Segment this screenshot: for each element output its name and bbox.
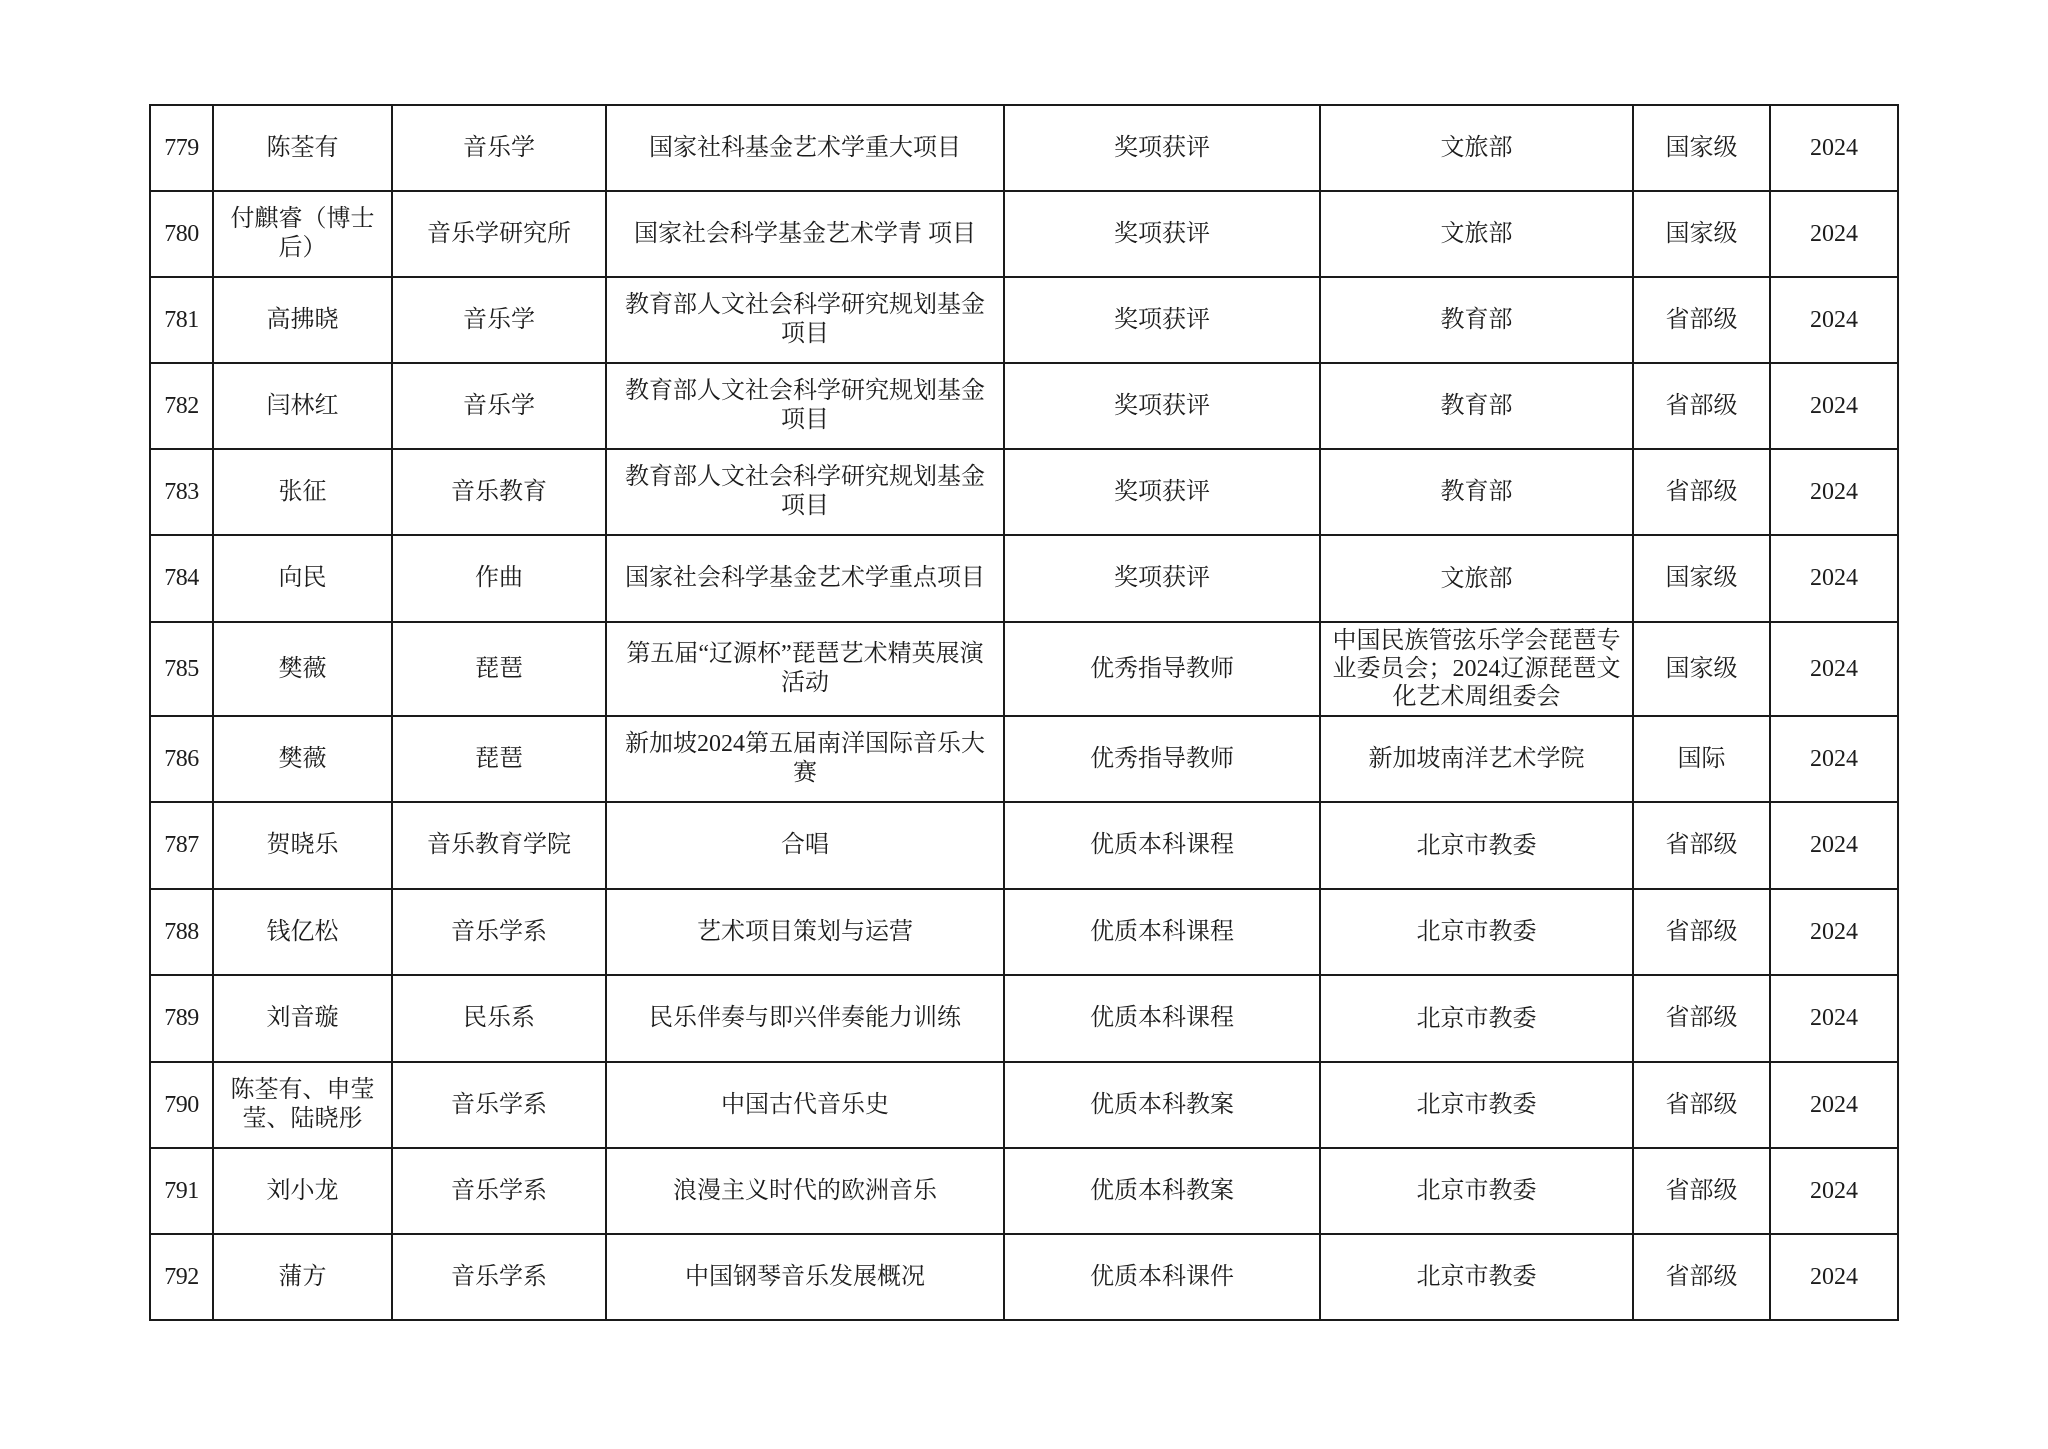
cell-name: 向民 bbox=[213, 535, 392, 622]
cell-name: 张征 bbox=[213, 449, 392, 535]
awards-table: 779 陈荃有 音乐学 国家社科基金艺术学重大项目 奖项获评 文旅部 国家级 2… bbox=[149, 104, 1899, 1321]
table-row: 791 刘小龙 音乐学系 浪漫主义时代的欧洲音乐 优质本科教案 北京市教委 省部… bbox=[150, 1148, 1898, 1234]
cell-name: 蒲方 bbox=[213, 1234, 392, 1320]
cell-level: 国际 bbox=[1633, 716, 1770, 802]
cell-level: 国家级 bbox=[1633, 535, 1770, 622]
cell-level: 省部级 bbox=[1633, 449, 1770, 535]
cell-project: 教育部人文社会科学研究规划基金项目 bbox=[606, 277, 1004, 363]
cell-name: 贺晓乐 bbox=[213, 802, 392, 889]
cell-name: 樊薇 bbox=[213, 716, 392, 802]
cell-year: 2024 bbox=[1770, 716, 1898, 802]
cell-department: 音乐学 bbox=[392, 105, 606, 191]
cell-number: 784 bbox=[150, 535, 213, 622]
cell-issuer: 北京市教委 bbox=[1320, 889, 1633, 975]
cell-number: 788 bbox=[150, 889, 213, 975]
cell-number: 787 bbox=[150, 802, 213, 889]
cell-department: 音乐教育学院 bbox=[392, 802, 606, 889]
cell-number: 781 bbox=[150, 277, 213, 363]
table-row: 783 张征 音乐教育 教育部人文社会科学研究规划基金项目 奖项获评 教育部 省… bbox=[150, 449, 1898, 535]
cell-issuer: 文旅部 bbox=[1320, 535, 1633, 622]
cell-issuer: 中国民族管弦乐学会琵琶专业委员会；2024辽源琵琶文化艺术周组委会 bbox=[1320, 622, 1633, 716]
cell-level: 国家级 bbox=[1633, 622, 1770, 716]
cell-category: 奖项获评 bbox=[1004, 363, 1320, 449]
cell-department: 民乐系 bbox=[392, 975, 606, 1062]
cell-number: 780 bbox=[150, 191, 213, 277]
cell-category: 优质本科课件 bbox=[1004, 1234, 1320, 1320]
cell-category: 优质本科教案 bbox=[1004, 1062, 1320, 1148]
table-row: 780 付麒睿（博士后） 音乐学研究所 国家社会科学基金艺术学青 项目 奖项获评… bbox=[150, 191, 1898, 277]
cell-issuer: 北京市教委 bbox=[1320, 975, 1633, 1062]
cell-name: 高拂晓 bbox=[213, 277, 392, 363]
table-row: 790 陈荃有、申莹莹、陆晓彤 音乐学系 中国古代音乐史 优质本科教案 北京市教… bbox=[150, 1062, 1898, 1148]
table-row: 781 高拂晓 音乐学 教育部人文社会科学研究规划基金项目 奖项获评 教育部 省… bbox=[150, 277, 1898, 363]
cell-year: 2024 bbox=[1770, 449, 1898, 535]
cell-number: 785 bbox=[150, 622, 213, 716]
cell-year: 2024 bbox=[1770, 535, 1898, 622]
cell-project: 浪漫主义时代的欧洲音乐 bbox=[606, 1148, 1004, 1234]
table-row: 782 闫林红 音乐学 教育部人文社会科学研究规划基金项目 奖项获评 教育部 省… bbox=[150, 363, 1898, 449]
cell-name: 刘小龙 bbox=[213, 1148, 392, 1234]
cell-department: 琵琶 bbox=[392, 716, 606, 802]
cell-level: 省部级 bbox=[1633, 1148, 1770, 1234]
cell-year: 2024 bbox=[1770, 889, 1898, 975]
cell-issuer: 文旅部 bbox=[1320, 191, 1633, 277]
table-row: 784 向民 作曲 国家社会科学基金艺术学重点项目 奖项获评 文旅部 国家级 2… bbox=[150, 535, 1898, 622]
table-row: 789 刘音璇 民乐系 民乐伴奏与即兴伴奏能力训练 优质本科课程 北京市教委 省… bbox=[150, 975, 1898, 1062]
cell-issuer: 教育部 bbox=[1320, 449, 1633, 535]
cell-issuer: 教育部 bbox=[1320, 363, 1633, 449]
cell-department: 音乐教育 bbox=[392, 449, 606, 535]
cell-year: 2024 bbox=[1770, 1234, 1898, 1320]
cell-level: 省部级 bbox=[1633, 975, 1770, 1062]
cell-name: 付麒睿（博士后） bbox=[213, 191, 392, 277]
cell-number: 783 bbox=[150, 449, 213, 535]
cell-project: 民乐伴奏与即兴伴奏能力训练 bbox=[606, 975, 1004, 1062]
cell-year: 2024 bbox=[1770, 277, 1898, 363]
cell-department: 音乐学系 bbox=[392, 889, 606, 975]
cell-department: 作曲 bbox=[392, 535, 606, 622]
cell-category: 奖项获评 bbox=[1004, 535, 1320, 622]
cell-issuer: 教育部 bbox=[1320, 277, 1633, 363]
cell-number: 789 bbox=[150, 975, 213, 1062]
cell-level: 省部级 bbox=[1633, 889, 1770, 975]
table-row: 787 贺晓乐 音乐教育学院 合唱 优质本科课程 北京市教委 省部级 2024 bbox=[150, 802, 1898, 889]
table-row: 785 樊薇 琵琶 第五届“辽源杯”琵琶艺术精英展演活动 优秀指导教师 中国民族… bbox=[150, 622, 1898, 716]
cell-number: 792 bbox=[150, 1234, 213, 1320]
cell-category: 优秀指导教师 bbox=[1004, 716, 1320, 802]
table-row: 779 陈荃有 音乐学 国家社科基金艺术学重大项目 奖项获评 文旅部 国家级 2… bbox=[150, 105, 1898, 191]
cell-level: 省部级 bbox=[1633, 1234, 1770, 1320]
cell-level: 省部级 bbox=[1633, 363, 1770, 449]
cell-name: 陈荃有、申莹莹、陆晓彤 bbox=[213, 1062, 392, 1148]
cell-issuer: 北京市教委 bbox=[1320, 1234, 1633, 1320]
cell-category: 奖项获评 bbox=[1004, 191, 1320, 277]
cell-year: 2024 bbox=[1770, 191, 1898, 277]
cell-issuer: 北京市教委 bbox=[1320, 1148, 1633, 1234]
cell-category: 奖项获评 bbox=[1004, 449, 1320, 535]
cell-year: 2024 bbox=[1770, 1062, 1898, 1148]
cell-project: 国家社科基金艺术学重大项目 bbox=[606, 105, 1004, 191]
cell-name: 刘音璇 bbox=[213, 975, 392, 1062]
cell-category: 优质本科课程 bbox=[1004, 975, 1320, 1062]
cell-issuer: 北京市教委 bbox=[1320, 802, 1633, 889]
cell-year: 2024 bbox=[1770, 975, 1898, 1062]
cell-year: 2024 bbox=[1770, 802, 1898, 889]
cell-year: 2024 bbox=[1770, 105, 1898, 191]
cell-number: 779 bbox=[150, 105, 213, 191]
cell-project: 合唱 bbox=[606, 802, 1004, 889]
cell-year: 2024 bbox=[1770, 363, 1898, 449]
cell-project: 新加坡2024第五届南洋国际音乐大赛 bbox=[606, 716, 1004, 802]
cell-category: 优质本科课程 bbox=[1004, 802, 1320, 889]
cell-department: 音乐学研究所 bbox=[392, 191, 606, 277]
cell-department: 音乐学系 bbox=[392, 1234, 606, 1320]
cell-level: 国家级 bbox=[1633, 191, 1770, 277]
cell-project: 第五届“辽源杯”琵琶艺术精英展演活动 bbox=[606, 622, 1004, 716]
cell-department: 音乐学 bbox=[392, 363, 606, 449]
cell-project: 教育部人文社会科学研究规划基金项目 bbox=[606, 363, 1004, 449]
cell-number: 790 bbox=[150, 1062, 213, 1148]
cell-level: 省部级 bbox=[1633, 277, 1770, 363]
cell-level: 省部级 bbox=[1633, 802, 1770, 889]
cell-project: 中国钢琴音乐发展概况 bbox=[606, 1234, 1004, 1320]
cell-project: 教育部人文社会科学研究规划基金项目 bbox=[606, 449, 1004, 535]
cell-level: 国家级 bbox=[1633, 105, 1770, 191]
cell-name: 陈荃有 bbox=[213, 105, 392, 191]
cell-project: 艺术项目策划与运营 bbox=[606, 889, 1004, 975]
cell-department: 音乐学系 bbox=[392, 1062, 606, 1148]
cell-category: 优质本科教案 bbox=[1004, 1148, 1320, 1234]
table-row: 788 钱亿松 音乐学系 艺术项目策划与运营 优质本科课程 北京市教委 省部级 … bbox=[150, 889, 1898, 975]
cell-department: 琵琶 bbox=[392, 622, 606, 716]
document-page: 779 陈荃有 音乐学 国家社科基金艺术学重大项目 奖项获评 文旅部 国家级 2… bbox=[0, 0, 2048, 1449]
cell-category: 优秀指导教师 bbox=[1004, 622, 1320, 716]
table-row: 792 蒲方 音乐学系 中国钢琴音乐发展概况 优质本科课件 北京市教委 省部级 … bbox=[150, 1234, 1898, 1320]
cell-department: 音乐学 bbox=[392, 277, 606, 363]
cell-issuer: 北京市教委 bbox=[1320, 1062, 1633, 1148]
cell-category: 奖项获评 bbox=[1004, 105, 1320, 191]
cell-number: 786 bbox=[150, 716, 213, 802]
cell-department: 音乐学系 bbox=[392, 1148, 606, 1234]
cell-project: 国家社会科学基金艺术学青 项目 bbox=[606, 191, 1004, 277]
cell-project: 中国古代音乐史 bbox=[606, 1062, 1004, 1148]
cell-category: 奖项获评 bbox=[1004, 277, 1320, 363]
cell-year: 2024 bbox=[1770, 1148, 1898, 1234]
cell-project: 国家社会科学基金艺术学重点项目 bbox=[606, 535, 1004, 622]
cell-year: 2024 bbox=[1770, 622, 1898, 716]
cell-issuer: 新加坡南洋艺术学院 bbox=[1320, 716, 1633, 802]
table-row: 786 樊薇 琵琶 新加坡2024第五届南洋国际音乐大赛 优秀指导教师 新加坡南… bbox=[150, 716, 1898, 802]
cell-name: 闫林红 bbox=[213, 363, 392, 449]
cell-category: 优质本科课程 bbox=[1004, 889, 1320, 975]
cell-name: 樊薇 bbox=[213, 622, 392, 716]
cell-issuer: 文旅部 bbox=[1320, 105, 1633, 191]
cell-number: 782 bbox=[150, 363, 213, 449]
cell-name: 钱亿松 bbox=[213, 889, 392, 975]
cell-level: 省部级 bbox=[1633, 1062, 1770, 1148]
cell-number: 791 bbox=[150, 1148, 213, 1234]
